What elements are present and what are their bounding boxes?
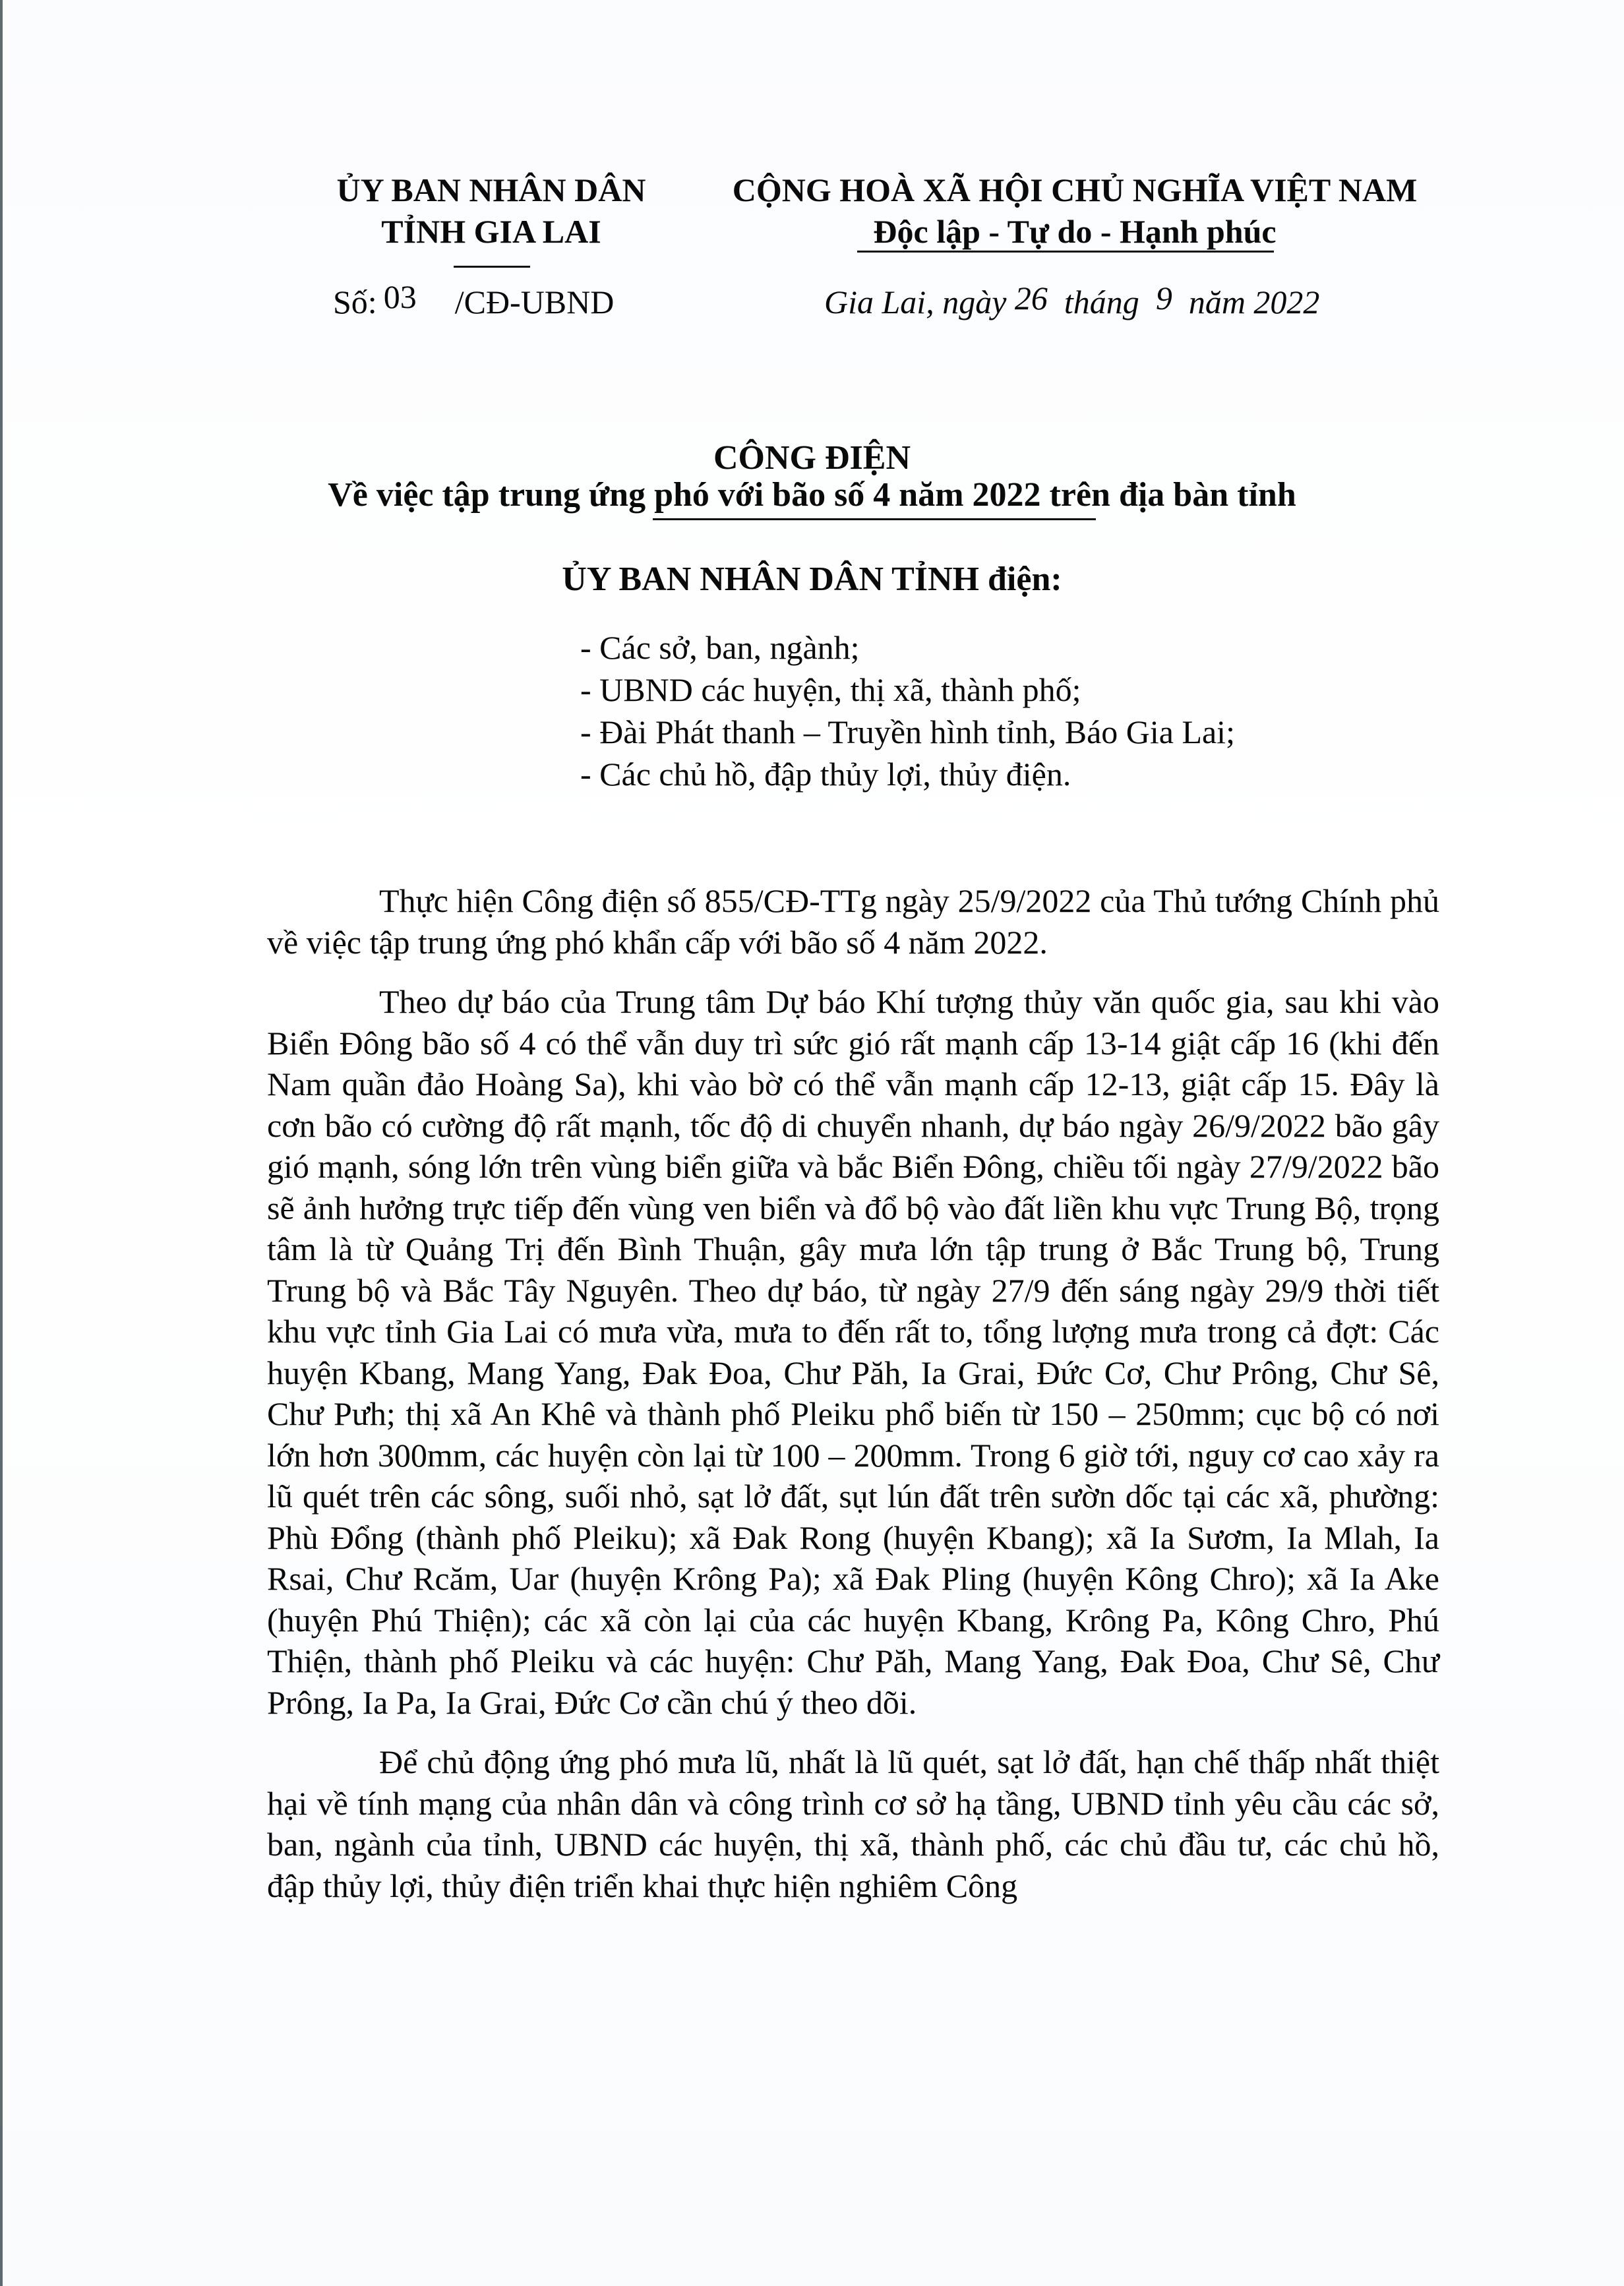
recipient-item: - Các chủ hồ, đập thủy lợi, thủy điện. [580,753,1235,795]
recipient-item: - Các sở, ban, ngành; [580,626,1235,669]
issuer-name-line2: TỈNH GIA LAI [277,210,706,253]
date-day: 26 [1015,280,1048,316]
document-page: ỦY BAN NHÂN DÂN TỈNH GIA LAI CỘNG HOÀ XÃ… [0,0,1624,2286]
nation-name: CỘNG HOÀ XÃ HỘI CHỦ NGHĨA VIỆT NAM [715,168,1434,212]
date-year: 2022 [1253,284,1319,320]
subject-underline [653,518,1096,520]
date-month-label: tháng [1064,284,1139,320]
document-number-label: Số: [333,284,377,320]
scan-edge [0,0,3,2286]
date-prefix: Gia Lai, ngày [824,284,1006,320]
date-year-label: năm [1189,284,1246,320]
document-number-suffix: /CĐ-UBND [455,284,615,320]
recipient-item: - UBND các huyện, thị xã, thành phố; [580,669,1235,711]
document-number: Số:03/CĐ-UBND [333,280,614,324]
date-month: 9 [1156,280,1172,316]
issuer-name-line1: ỦY BAN NHÂN DÂN [277,168,706,212]
document-body: Thực hiện Công điện số 855/CĐ-TTg ngày 2… [267,880,1439,1925]
sender-line: ỦY BAN NHÂN DÂN TỈNH điện: [0,558,1624,601]
document-number-value: 03 [384,278,417,315]
recipients-list: - Các sở, ban, ngành; - UBND các huyện, … [580,626,1235,795]
body-paragraph-directive: Để chủ động ứng phó mưa lũ, nhất là lũ q… [267,1741,1439,1906]
recipient-item: - Đài Phát thanh – Truyền hình tỉnh, Báo… [580,711,1235,753]
motto-underline [857,251,1274,253]
nation-motto: Độc lập - Tự do - Hạnh phúc [715,210,1434,253]
document-date: Gia Lai, ngày 26 tháng 9 năm 2022 [824,280,1319,324]
body-paragraph-forecast: Theo dự báo của Trung tâm Dự báo Khí tượ… [267,981,1439,1723]
issuer-underline [454,266,530,268]
body-paragraph-reference: Thực hiện Công điện số 855/CĐ-TTg ngày 2… [267,880,1439,963]
document-subject: Về việc tập trung ứng phó với bão số 4 n… [0,473,1624,517]
